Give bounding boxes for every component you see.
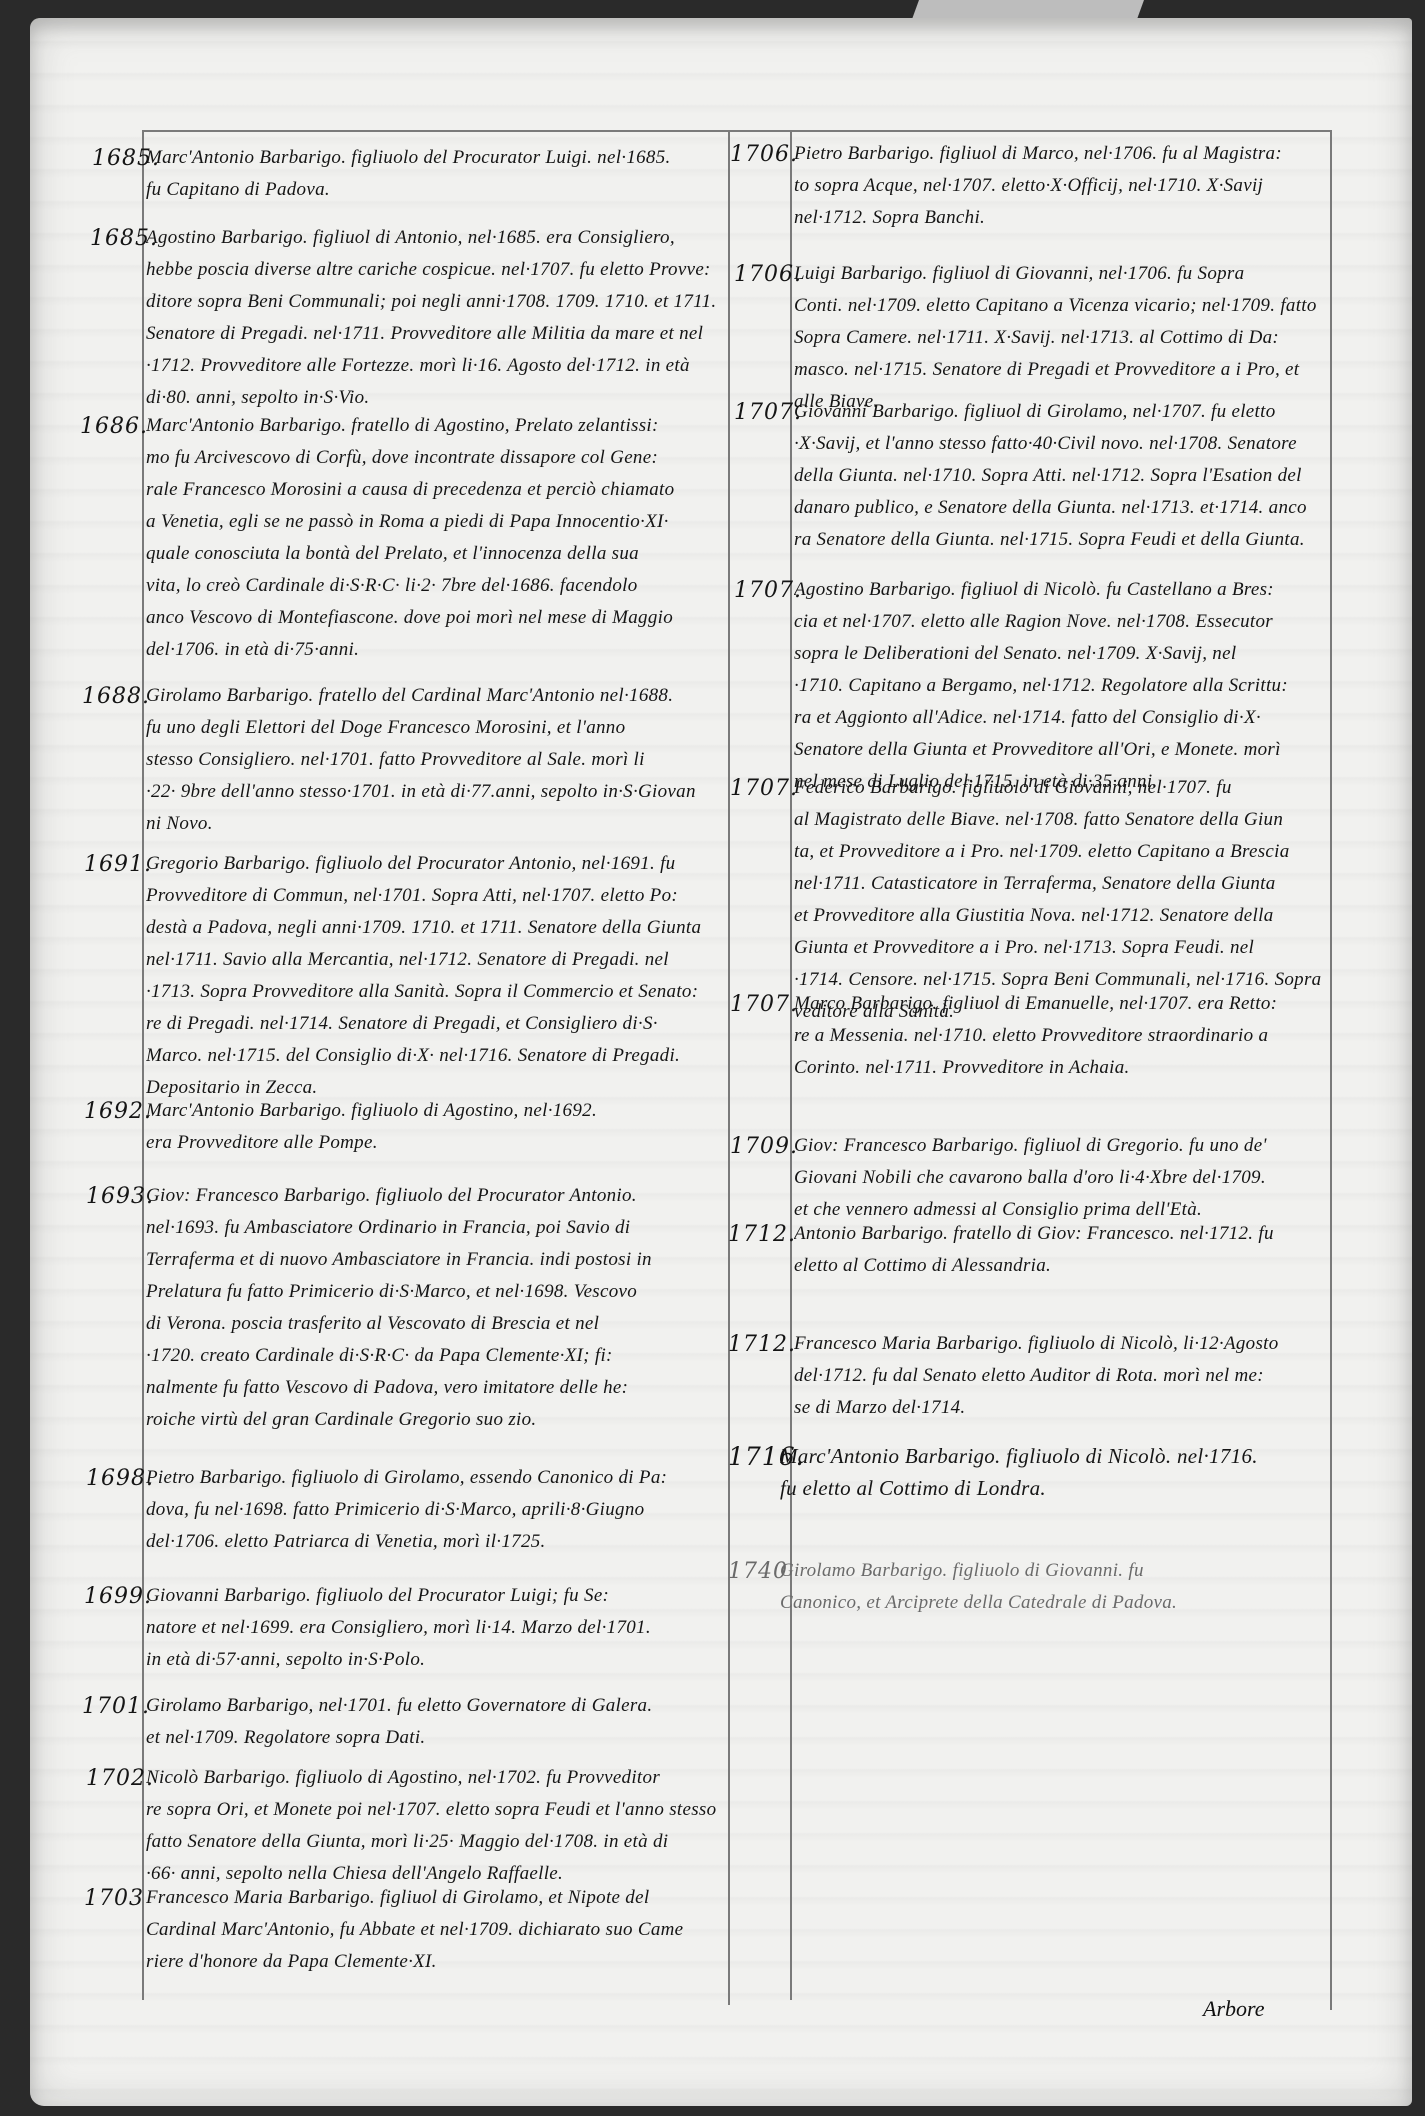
entry-line: ta, et Provveditore a i Pro. nel·1709. e… [794, 836, 1326, 868]
entry-line: fatto Senatore della Giunta, morì li·25·… [146, 1826, 721, 1858]
left-column-margin-rule [142, 130, 144, 2000]
entry-line: Canonico, et Arciprete della Catedrale d… [780, 1587, 1328, 1619]
entry-line: re sopra Ori, et Monete poi nel·1707. el… [146, 1794, 721, 1826]
entry-line: danaro publico, e Senatore della Giunta.… [794, 492, 1326, 524]
entry-line: Giov: Francesco Barbarigo. figliuolo del… [146, 1180, 721, 1212]
entry-line: in età di·57·anni, sepolto in·S·Polo. [146, 1644, 721, 1676]
entry-line: masco. nel·1715. Senatore di Pregadi et … [794, 354, 1326, 386]
entry-line: ra Senatore della Giunta. nel·1715. Sopr… [794, 524, 1326, 556]
entry-line: Marco. nel·1715. del Consiglio di·X· nel… [146, 1040, 721, 1072]
entry-line: nalmente fu fatto Vescovo di Padova, ver… [146, 1372, 721, 1404]
entry-year: 1699. [84, 1584, 152, 1609]
entry-year: 1686. [80, 414, 148, 439]
entry-year: 1740 [728, 1559, 788, 1584]
entry-line: Marco Barbarigo. figliuol di Emanuelle, … [794, 988, 1326, 1020]
entry-year: 1688. [82, 684, 150, 709]
entry-line: Antonio Barbarigo. fratello di Giov: Fra… [794, 1218, 1326, 1250]
entry-year: 1706. [734, 262, 802, 287]
entry-line: rale Francesco Morosini a causa di prece… [146, 474, 721, 506]
entry-line: fu eletto al Cottimo di Londra. [780, 1472, 1328, 1504]
entry-year: 1707. [730, 992, 798, 1017]
entry-line: nel·1711. Savio alla Mercantia, nel·1712… [146, 944, 721, 976]
entry-year: 1693. [86, 1184, 154, 1209]
entry-line: nel·1693. fu Ambasciatore Ordinario in F… [146, 1212, 721, 1244]
entry-line: et Provveditore alla Giustitia Nova. nel… [794, 900, 1326, 932]
entry-year: 1707. [734, 400, 802, 425]
entry-line: Francesco Maria Barbarigo. figliuolo di … [794, 1328, 1326, 1360]
entry-line: fu Capitano di Padova. [146, 174, 721, 206]
entry-line: destà a Padova, negli anni·1709. 1710. e… [146, 912, 721, 944]
entry-line: nel·1712. Sopra Banchi. [794, 202, 1326, 234]
entry-line: della Giunta. nel·1710. Sopra Atti. nel·… [794, 460, 1326, 492]
entry-line: ·22· 9bre dell'anno stesso·1701. in età … [146, 776, 721, 808]
entry-line: roiche virtù del gran Cardinale Gregorio… [146, 1404, 721, 1436]
entry-year: 1703 [84, 1886, 144, 1911]
entry-line: Marc'Antonio Barbarigo. fratello di Agos… [146, 410, 721, 442]
entry-line: riere d'honore da Papa Clemente·XI. [146, 1946, 721, 1978]
entry-line: Terraferma et di nuovo Ambasciatore in F… [146, 1244, 721, 1276]
entry-year: 1706. [730, 142, 798, 167]
entry-year: 1692. [84, 1099, 152, 1124]
entry-line: Pietro Barbarigo. figliuol di Marco, nel… [794, 138, 1326, 170]
entry-line: eletto al Cottimo di Alessandria. [794, 1250, 1326, 1282]
entry-line: Senatore della Giunta et Provveditore al… [794, 734, 1326, 766]
entry-line: ra et Aggionto all'Adice. nel·1714. fatt… [794, 702, 1326, 734]
entry-line: ·X·Savij, et l'anno stesso fatto·40·Civi… [794, 428, 1326, 460]
entry-line: Pietro Barbarigo. figliuolo di Girolamo,… [146, 1462, 721, 1494]
entry-line: se di Marzo del·1714. [794, 1392, 1326, 1424]
entry-line: ditore sopra Beni Communali; poi negli a… [146, 286, 721, 318]
entry-line: Prelatura fu fatto Primicerio di·S·Marco… [146, 1276, 721, 1308]
entry-line: natore et nel·1699. era Consigliero, mor… [146, 1612, 721, 1644]
entry-line: ni Novo. [146, 808, 721, 840]
entry-line: ·1712. Provveditore alle Fortezze. morì … [146, 350, 721, 382]
right-border-rule [1330, 130, 1332, 2010]
entry-line: Nicolò Barbarigo. figliuolo di Agostino,… [146, 1762, 721, 1794]
entry-line: vita, lo creò Cardinale di·S·R·C· li·2· … [146, 570, 721, 602]
entry-line: Conti. nel·1709. eletto Capitano a Vicen… [794, 290, 1326, 322]
entry-line: Federico Barbarigo. figliuolo di Giovann… [794, 772, 1326, 804]
entry-line: del·1706. eletto Patriarca di Venetia, m… [146, 1526, 721, 1558]
entry-year: 1702. [86, 1766, 154, 1791]
entry-line: al Magistrato delle Biave. nel·1708. fat… [794, 804, 1326, 836]
entry-year: 1712. [728, 1332, 796, 1357]
entry-year: 1707. [734, 578, 802, 603]
entry-line: Girolamo Barbarigo. figliuolo di Giovann… [780, 1555, 1328, 1587]
entry-line: Girolamo Barbarigo. fratello del Cardina… [146, 680, 721, 712]
entry-line: Senatore di Pregadi. nel·1711. Provvedit… [146, 318, 721, 350]
entry-line: mo fu Arcivescovo di Corfù, dove incontr… [146, 442, 721, 474]
entry-line: ·1713. Sopra Provveditore alla Sanità. S… [146, 976, 721, 1008]
entry-line: stesso Consigliero. nel·1701. fatto Prov… [146, 744, 721, 776]
entry-line: Provveditore di Commun, nel·1701. Sopra … [146, 880, 721, 912]
entry-line: cia et nel·1707. eletto alle Ragion Nove… [794, 606, 1326, 638]
entry-line: sopra le Deliberationi del Senato. nel·1… [794, 638, 1326, 670]
entry-line: Luigi Barbarigo. figliuol di Giovanni, n… [794, 258, 1326, 290]
entry-line: Corinto. nel·1711. Provveditore in Achai… [794, 1052, 1326, 1084]
entry-year: 1707. [730, 776, 798, 801]
entry-year: 1701. [82, 1694, 150, 1719]
entry-line: Marc'Antonio Barbarigo. figliuolo del Pr… [146, 142, 721, 174]
entry-line: Giovanni Barbarigo. figliuol di Girolamo… [794, 396, 1326, 428]
entry-line: quale conosciuta la bontà del Prelato, e… [146, 538, 721, 570]
entry-line: re a Messenia. nel·1710. eletto Provvedi… [794, 1020, 1326, 1052]
column-divider-rule [728, 130, 730, 2005]
entry-line: ·1720. creato Cardinale di·S·R·C· da Pap… [146, 1340, 721, 1372]
entry-year: 1698. [86, 1466, 154, 1491]
entry-line: Marc'Antonio Barbarigo. figliuolo di Ago… [146, 1095, 721, 1127]
top-rule [142, 130, 1332, 132]
entry-line: Francesco Maria Barbarigo. figliuol di G… [146, 1882, 721, 1914]
entry-year: 1712. [728, 1222, 796, 1247]
catchword: Arbore [1203, 1996, 1265, 2022]
entry-line: Giunta et Provveditore a i Pro. nel·1713… [794, 932, 1326, 964]
entry-year: 1709. [730, 1134, 798, 1159]
entry-year: 1691. [84, 852, 152, 877]
entry-line: Giov: Francesco Barbarigo. figliuol di G… [794, 1130, 1326, 1162]
entry-line: Giovani Nobili che cavarono balla d'oro … [794, 1162, 1326, 1194]
entry-line: re di Pregadi. nel·1714. Senatore di Pre… [146, 1008, 721, 1040]
entry-line: del·1712. fu dal Senato eletto Auditor d… [794, 1360, 1326, 1392]
entry-line: et nel·1709. Regolatore sopra Dati. [146, 1722, 721, 1754]
entry-line: di Verona. poscia trasferito al Vescovat… [146, 1308, 721, 1340]
entry-line: dova, fu nel·1698. fatto Primicerio di·S… [146, 1494, 721, 1526]
entry-line: Cardinal Marc'Antonio, fu Abbate et nel·… [146, 1914, 721, 1946]
entry-line: Girolamo Barbarigo, nel·1701. fu eletto … [146, 1690, 721, 1722]
entry-line: Sopra Camere. nel·1711. X·Savij. nel·171… [794, 322, 1326, 354]
entry-line: Marc'Antonio Barbarigo. figliuolo di Nic… [780, 1440, 1328, 1472]
entry-line: era Provveditore alle Pompe. [146, 1127, 721, 1159]
entry-line: fu uno degli Elettori del Doge Francesco… [146, 712, 721, 744]
entry-line: ·1710. Capitano a Bergamo, nel·1712. Reg… [794, 670, 1326, 702]
entry-line: Gregorio Barbarigo. figliuolo del Procur… [146, 848, 721, 880]
entry-line: nel·1711. Catasticatore in Terraferma, S… [794, 868, 1326, 900]
entry-line: Agostino Barbarigo. figliuol di Nicolò. … [794, 574, 1326, 606]
entry-line: Giovanni Barbarigo. figliuolo del Procur… [146, 1580, 721, 1612]
entry-line: hebbe poscia diverse altre cariche cospi… [146, 254, 721, 286]
entry-line: to sopra Acque, nel·1707. eletto·X·Offic… [794, 170, 1326, 202]
entry-line: del·1706. in età di·75·anni. [146, 634, 721, 666]
entry-line: a Venetia, egli se ne passò in Roma a pi… [146, 506, 721, 538]
entry-line: Agostino Barbarigo. figliuol di Antonio,… [146, 222, 721, 254]
entry-line: anco Vescovo di Montefiascone. dove poi … [146, 602, 721, 634]
